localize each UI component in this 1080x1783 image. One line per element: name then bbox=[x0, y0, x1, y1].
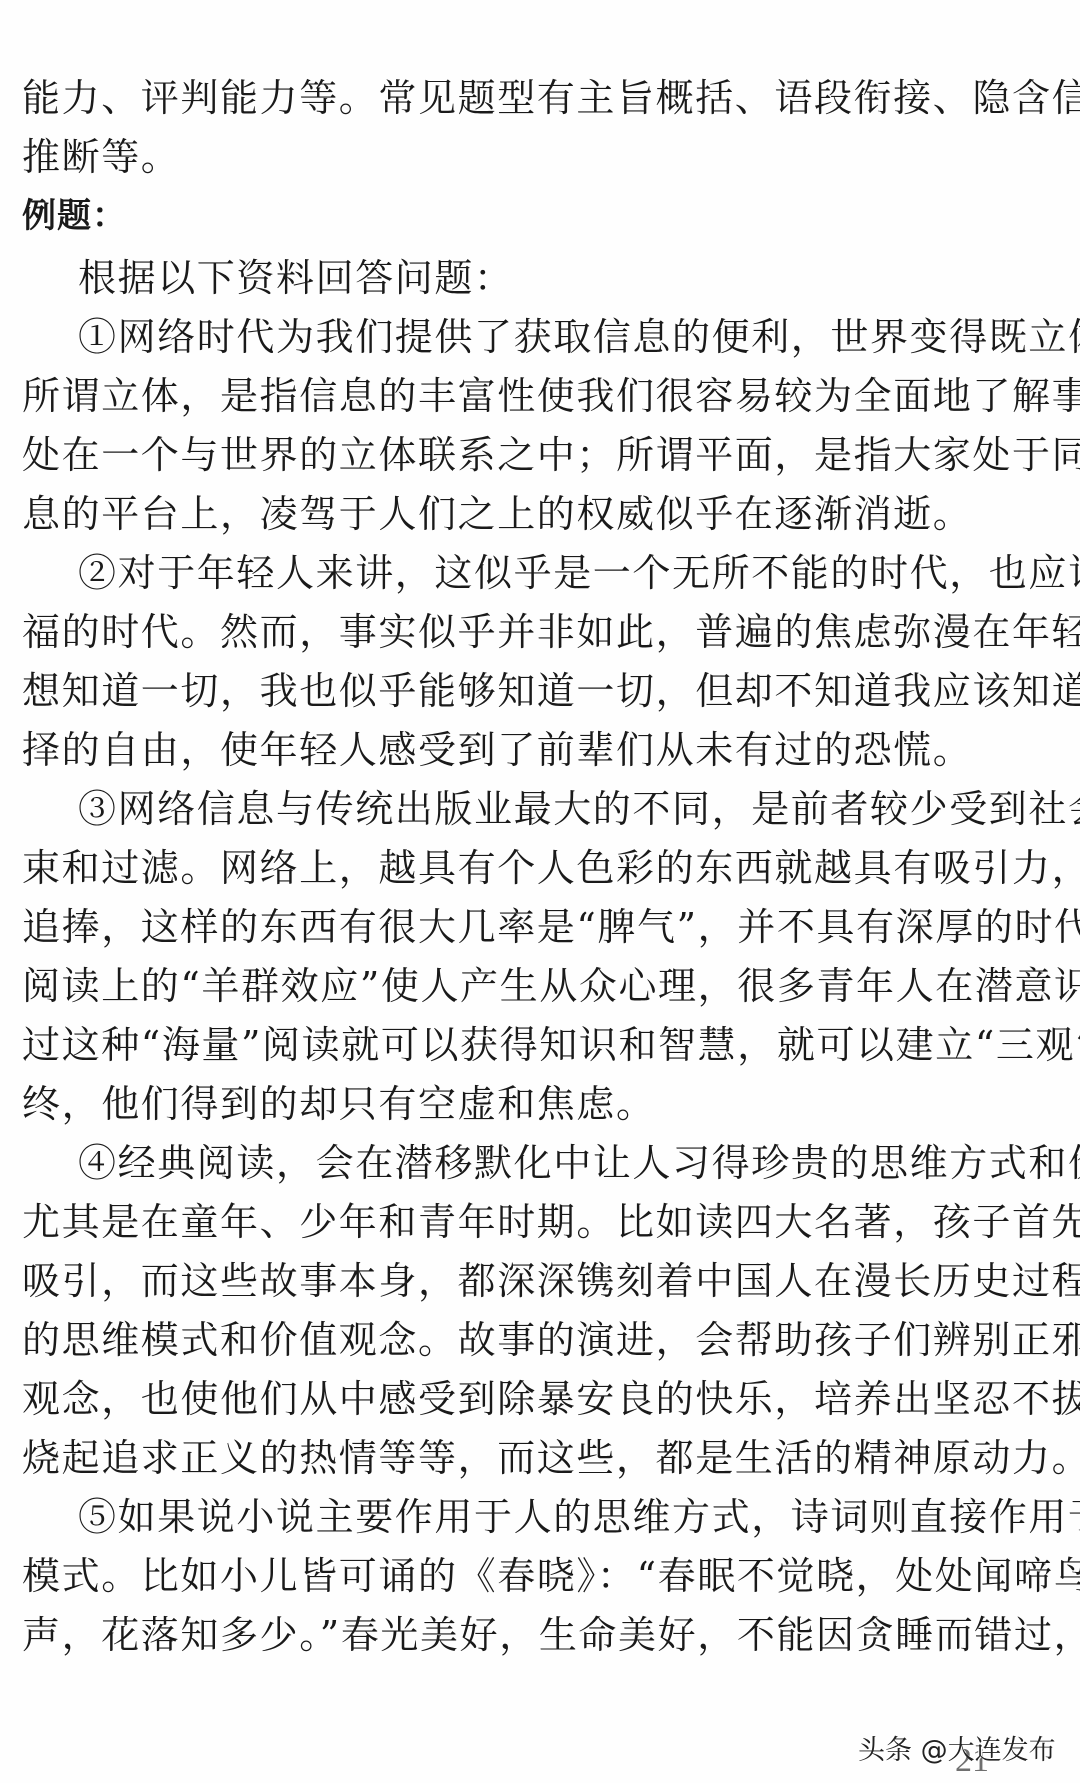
paragraph-4-line-3: 吸引，而这些故事本身，都深深镌刻着中国人在漫长历史过程中总结出来 bbox=[22, 1253, 1066, 1309]
paragraph-5-line-2: 模式。比如小儿皆可诵的《春晓》：“春眠不觉晓，处处闻啼鸟。夜来风雨 bbox=[22, 1548, 1066, 1604]
paragraph-2-line-3: 想知道一切，我也似乎能够知道一切，但却不知道我应该知道什么——选 bbox=[22, 663, 1066, 719]
paragraph-3-line-2: 束和过滤。网络上，越具有个人色彩的东西就越具有吸引力，越容易受到 bbox=[22, 840, 1066, 896]
paragraph-2-line-2: 福的时代。然而，事实似乎并非如此，普遍的焦虑弥漫在年轻人中间：我 bbox=[22, 604, 1066, 660]
paragraph-5-line-1: ⑤如果说小说主要作用于人的思维方式，诗词则直接作用于人的情感 bbox=[78, 1489, 1066, 1545]
question-prompt: 根据以下资料回答问题： bbox=[78, 250, 514, 306]
paragraph-3-line-3: 追捧，这样的东西有很大几率是“脾气”，并不具有深厚的时代文化内涵。 bbox=[22, 899, 1066, 955]
paragraph-1-line-4: 息的平台上，凌驾于人们之上的权威似乎在逐渐消逝。 bbox=[22, 486, 972, 542]
paragraph-4-line-6: 烧起追求正义的热情等等，而这些，都是生活的精神原动力。 bbox=[22, 1430, 1080, 1486]
paragraph-4-line-4: 的思维模式和价值观念。故事的演进，会帮助孩子们辨别正邪、建立是非 bbox=[22, 1312, 1066, 1368]
paragraph-5-line-3: 声，花落知多少。”春光美好，生命美好，不能因贪睡而错过，对春光的 bbox=[22, 1607, 1066, 1663]
paragraph-1-line-1: ①网络时代为我们提供了获取信息的便利，世界变得既立体又平面。 bbox=[78, 309, 1066, 365]
paragraph-4-line-2: 尤其是在童年、少年和青年时期。比如读四大名著，孩子首先会为故事所 bbox=[22, 1194, 1066, 1250]
intro-line-1: 能力、评判能力等。常见题型有主旨概括、语段衔接、隐含信息 bbox=[22, 70, 1066, 126]
paragraph-2-line-1: ②对于年轻人来讲，这似乎是一个无所不能的时代，也应该是一个幸 bbox=[78, 545, 1066, 601]
paragraph-3-line-1: ③网络信息与传统出版业最大的不同，是前者较少受到社会理性的约 bbox=[78, 781, 1066, 837]
paragraph-2-line-4: 择的自由，使年轻人感受到了前辈们从未有过的恐慌。 bbox=[22, 722, 972, 778]
paragraph-1-line-2: 所谓立体，是指信息的丰富性使我们很容易较为全面地了解事物，使我们 bbox=[22, 368, 1066, 424]
paragraph-4-line-1: ④经典阅读，会在潜移默化中让人习得珍贵的思维方式和价值观念， bbox=[78, 1135, 1066, 1191]
intro-line-2: 推断等。 bbox=[22, 129, 180, 185]
paragraph-1-line-3: 处在一个与世界的立体联系之中；所谓平面，是指大家处于同一个获取信 bbox=[22, 427, 1066, 483]
paragraph-3-line-6: 终，他们得到的却只有空虚和焦虑。 bbox=[22, 1076, 656, 1132]
paragraph-3-line-5: 过这种“海量”阅读就可以获得知识和智慧，就可以建立“三观”，但最 bbox=[22, 1017, 1066, 1073]
example-heading: 例题： bbox=[22, 188, 127, 244]
source-watermark: 头条 @大连发布 bbox=[858, 1728, 1056, 1767]
paragraph-3-line-4: 阅读上的“羊群效应”使人产生从众心理，很多青年人在潜意识里以为通 bbox=[22, 958, 1066, 1014]
paragraph-4-line-5: 观念，也使他们从中感受到除暴安良的快乐，培养出坚忍不拔的精神，燃 bbox=[22, 1371, 1066, 1427]
